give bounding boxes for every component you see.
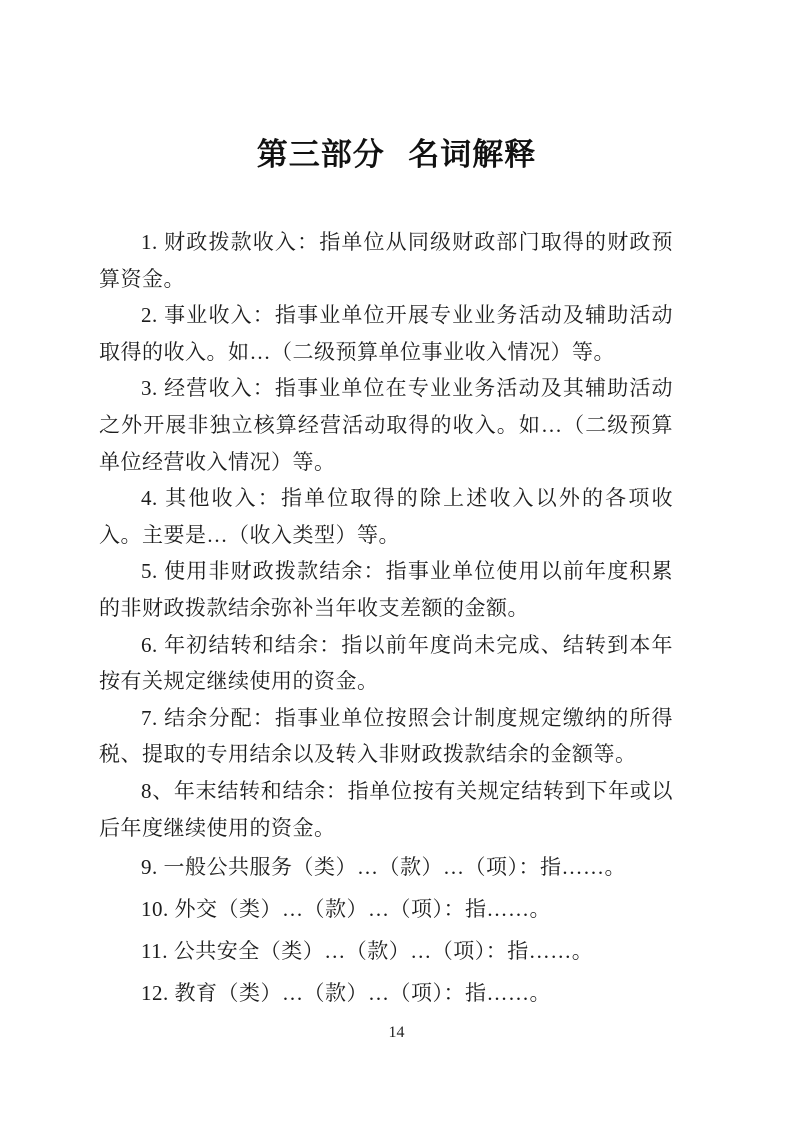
definition-paragraph: 1. 财政拨款收入：指单位从同级财政部门取得的财政预算资金。 (99, 224, 673, 297)
definition-paragraph: 2. 事业收入：指事业单位开展专业业务活动及辅助活动取得的收入。如…（二级预算单… (99, 297, 673, 370)
definition-paragraph: 4. 其他收入：指单位取得的除上述收入以外的各项收入。主要是…（收入类型）等。 (99, 480, 673, 553)
definition-paragraph: 6. 年初结转和结余：指以前年度尚未完成、结转到本年按有关规定继续使用的资金。 (99, 627, 673, 700)
definition-paragraph: 10. 外交（类）…（款）…（项）：指……。 (99, 888, 673, 930)
definition-paragraph: 7. 结余分配：指事业单位按照会计制度规定缴纳的所得税、提取的专用结余以及转入非… (99, 700, 673, 773)
definition-paragraph: 5. 使用非财政拨款结余：指事业单位使用以前年度积累的非财政拨款结余弥补当年收支… (99, 553, 673, 626)
section-title: 第三部分 名词解释 (0, 133, 793, 177)
page-number: 14 (0, 1022, 793, 1044)
definition-paragraph: 9. 一般公共服务（类）…（款）…（项）：指……。 (99, 846, 673, 888)
definition-paragraph: 12. 教育（类）…（款）…（项）：指……。 (99, 972, 673, 1014)
document-body: 1. 财政拨款收入：指单位从同级财政部门取得的财政预算资金。2. 事业收入：指事… (99, 224, 673, 1014)
definition-paragraph: 3. 经营收入：指事业单位在专业业务活动及其辅助活动之外开展非独立核算经营活动取… (99, 370, 673, 480)
definition-paragraph: 11. 公共安全（类）…（款）…（项）：指……。 (99, 930, 673, 972)
definition-paragraph: 8、年末结转和结余：指单位按有关规定结转到下年或以后年度继续使用的资金。 (99, 773, 673, 846)
document-page: 第三部分 名词解释 1. 财政拨款收入：指单位从同级财政部门取得的财政预算资金。… (0, 0, 793, 1122)
